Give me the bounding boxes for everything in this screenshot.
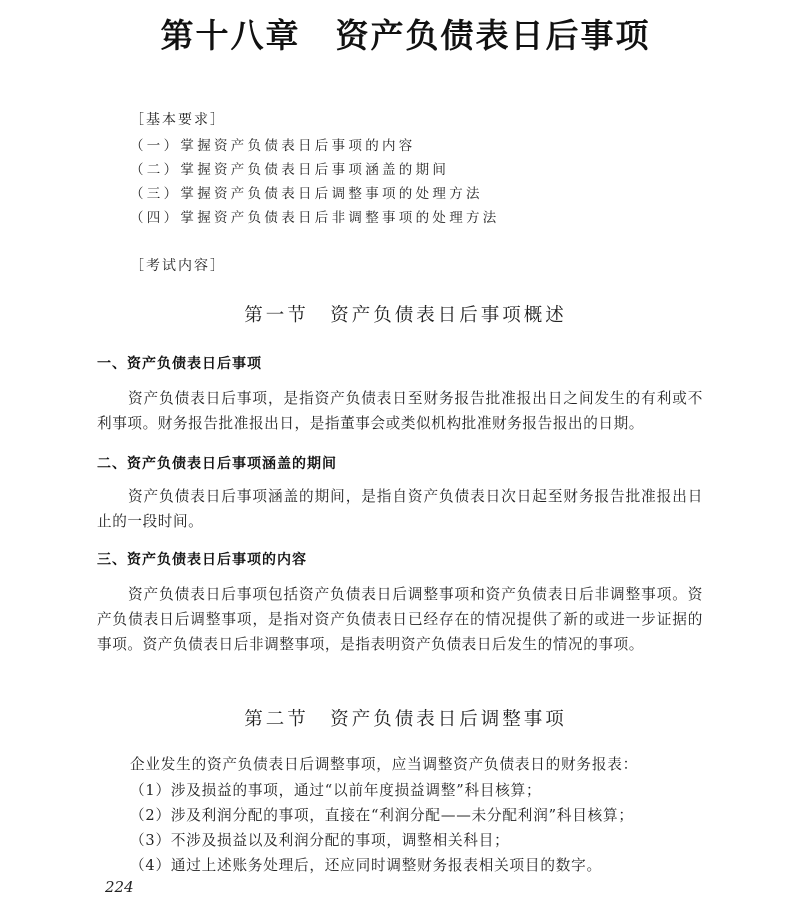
chapter-title: 第十八章 资产负债表日后事项 — [0, 10, 811, 57]
requirement-item: （三）掌握资产负债表日后调整事项的处理方法 — [130, 182, 483, 202]
subsection-paragraph: 资产负债表日后事项涵盖的期间，是指自资产负债表日次日起至财务报告批准报出日止的一… — [97, 484, 703, 534]
section-1-title: 第一节 资产负债表日后事项概述 — [0, 301, 811, 327]
list-item: （3）不涉及损益以及利润分配的事项，调整相关科目； — [130, 829, 510, 850]
requirement-item: （二）掌握资产负债表日后事项涵盖的期间 — [130, 158, 449, 178]
subsection-heading: 二、资产负债表日后事项涵盖的期间 — [97, 453, 337, 473]
section-2-title: 第二节 资产负债表日后调整事项 — [0, 705, 811, 731]
list-item: （1）涉及损益的事项，通过“以前年度损益调整”科目核算； — [130, 779, 541, 800]
subsection-paragraph: 资产负债表日后事项包括资产负债表日后调整事项和资产负债表日后非调整事项。资产负债… — [97, 582, 703, 657]
exam-content-label: ［考试内容］ — [130, 255, 226, 275]
requirement-item: （四）掌握资产负债表日后非调整事项的处理方法 — [130, 206, 500, 226]
list-item: （4）通过上述账务处理后，还应同时调整财务报表相关项目的数字。 — [130, 854, 602, 875]
section-2-intro: 企业发生的资产负债表日后调整事项，应当调整资产负债表日的财务报表： — [130, 753, 638, 774]
subsection-heading: 一、资产负债表日后事项 — [97, 353, 262, 373]
requirement-item: （一）掌握资产负债表日后事项的内容 — [130, 134, 416, 154]
list-item: （2）涉及利润分配的事项，直接在“利润分配——未分配利润”科目核算； — [130, 804, 634, 825]
page-number: 224 — [105, 878, 134, 896]
subsection-paragraph: 资产负债表日后事项，是指资产负债表日至财务报告批准报出日之间发生的有利或不利事项… — [97, 386, 703, 436]
requirements-label: ［基本要求］ — [130, 109, 226, 129]
subsection-heading: 三、资产负债表日后事项的内容 — [97, 549, 307, 569]
